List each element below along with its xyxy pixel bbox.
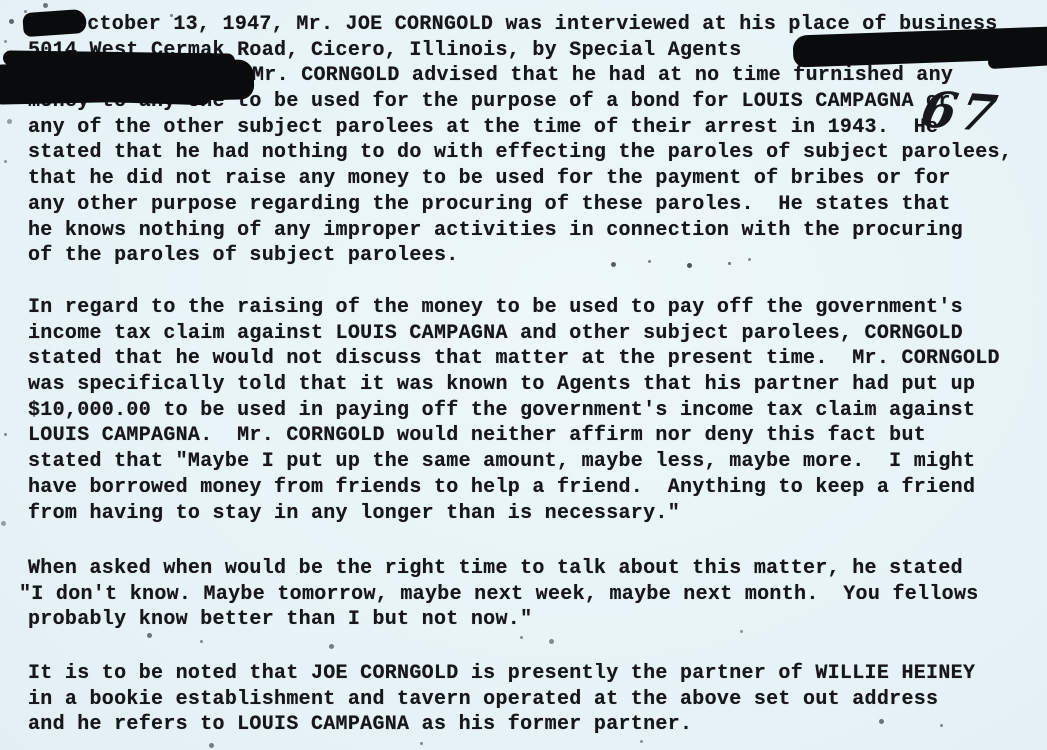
handwritten-number-annotation: 67	[916, 80, 1006, 144]
text-line: LOUIS CAMPAGNA. Mr. CORNGOLD would neith…	[28, 423, 1047, 449]
text-line: any of the other subject parolees at the…	[28, 115, 1047, 141]
text-line: probably know better than I but not now.…	[28, 607, 1047, 633]
text-line: was specifically told that it was known …	[28, 372, 1047, 398]
redaction-blob-line1-start	[22, 9, 87, 37]
text-line: When asked when would be the right time …	[28, 556, 1047, 582]
paragraph-2: In regard to the raising of the money to…	[28, 295, 1047, 526]
text-line: in a bookie establishment and tavern ope…	[28, 687, 1047, 713]
text-line: "I don't know. Maybe tomorrow, maybe nex…	[19, 582, 1047, 608]
text-line: stated that "Maybe I put up the same amo…	[28, 449, 1047, 475]
paragraph-3: When asked when would be the right time …	[28, 556, 1047, 633]
document-page: On October 13, 1947, Mr. JOE CORNGOLD wa…	[0, 0, 1047, 750]
paragraph-4: It is to be noted that JOE CORNGOLD is p…	[28, 661, 1047, 738]
text-line: that he did not raise any money to be us…	[28, 166, 1047, 192]
text-line: he knows nothing of any improper activit…	[28, 218, 1047, 244]
scan-noise-specks	[0, 0, 3, 3]
text-line: In regard to the raising of the money to…	[28, 295, 1047, 321]
text-line: have borrowed money from friends to help…	[28, 475, 1047, 501]
text-line: It is to be noted that JOE CORNGOLD is p…	[28, 661, 1047, 687]
text-line: and he refers to LOUIS CAMPAGNA as his f…	[28, 712, 1047, 738]
text-line: $10,000.00 to be used in paying off the …	[28, 398, 1047, 424]
text-line: stated that he had nothing to do with ef…	[28, 140, 1047, 166]
text-line: any other purpose regarding the procurin…	[28, 192, 1047, 218]
text-line: of the paroles of subject parolees.	[28, 243, 1047, 269]
text-line: from having to stay in any longer than i…	[28, 501, 1047, 527]
text-line: income tax claim against LOUIS CAMPAGNA …	[28, 321, 1047, 347]
text-line: stated that he would not discuss that ma…	[28, 346, 1047, 372]
